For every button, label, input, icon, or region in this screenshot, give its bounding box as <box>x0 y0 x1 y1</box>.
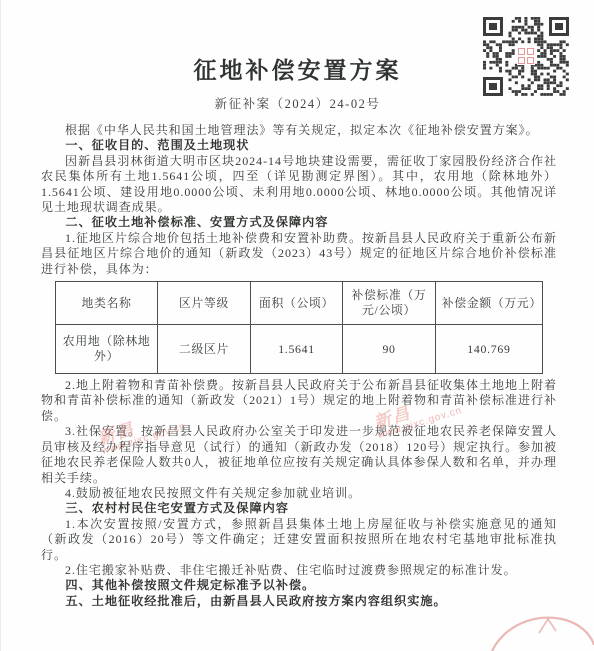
table-cell: 农用地（除林地外） <box>56 325 158 374</box>
section-heading-5: 五、土地征收经批准后，由新昌县人民政府按方案内容组织实施。 <box>41 594 557 609</box>
table-header-cell: 区片等级 <box>158 282 251 325</box>
paragraph-comp-standard: 1.征地区片综合地价包括土地补偿费和安置补助费。按新昌县人民政府关于重新公布新昌… <box>41 231 557 277</box>
paragraph-scope: 因新昌县羽林街道大明市区块2024-14号地块建设需要，需征收丁家园股份经济合作… <box>41 154 557 216</box>
section-heading-4: 四、其他补偿按照文件规定标准予以补偿。 <box>41 578 557 593</box>
table-header-cell: 面积（公顷） <box>250 282 343 325</box>
table-body: 农用地（除林地外）二级区片1.564190140.769 <box>56 325 543 374</box>
section-heading-1: 一、征收目的、范围及土地现状 <box>41 138 557 153</box>
table-cell: 90 <box>343 325 436 374</box>
qr-center-mark <box>517 47 535 65</box>
table-header-cell: 补偿金额（万元） <box>435 282 542 325</box>
doc-number: 新征补案（2024）24-02号 <box>1 94 594 112</box>
section-heading-2: 二、征收土地补偿标准、安置方式及保障内容 <box>41 215 557 230</box>
section-heading-3: 三、农村村民住宅安置方式及保障内容 <box>41 501 557 516</box>
paragraph-training: 4.鼓励被征地农民按照文件有关规定参加就业培训。 <box>41 486 557 501</box>
table-header-cell: 补偿标准（万元/公顷） <box>343 282 436 325</box>
paragraph-attachments: 2.地上附着物和青苗补偿费。按新昌县人民政府关于公布新昌县征收集体土地地上附着物… <box>41 378 557 424</box>
compensation-table: 地类名称区片等级面积（公顷）补偿标准（万元/公顷）补偿金额（万元） 农用地（除林… <box>55 281 543 374</box>
document-page: 征地补偿安置方案 新征补案（2024）24-02号 根据《中华人民共和国土地管理… <box>0 0 594 651</box>
document-body: 根据《中华人民共和国土地管理法》等有关规定，拟定本次《征地补偿安置方案》。一、征… <box>41 123 557 609</box>
paragraph-basis: 根据《中华人民共和国土地管理法》等有关规定，拟定本次《征地补偿安置方案》。 <box>41 123 557 138</box>
table-cell: 140.769 <box>435 325 542 374</box>
table-header-row: 地类名称区片等级面积（公顷）补偿标准（万元/公顷）补偿金额（万元） <box>56 282 543 325</box>
paragraph-housing: 1.本次安置按照/安置方式，参照新昌县集体土地上房屋征收与补偿实施意见的通知（新… <box>41 517 557 563</box>
paragraph-social-security: 3.社保安置。按新昌县人民政府办公室关于印发进一步规范被征地农民养老保障安置人员… <box>41 424 557 486</box>
table-row: 农用地（除林地外）二级区片1.564190140.769 <box>56 325 543 374</box>
table-cell: 1.5641 <box>250 325 343 374</box>
paragraph-moving-subsidy: 2.住宅搬家补贴费、非住宅搬迁补贴费、住宅临时过渡费参照规定的标准计发。 <box>41 563 557 578</box>
qr-code <box>483 17 569 96</box>
table-cell: 二级区片 <box>158 325 251 374</box>
paragraphs-before-table: 根据《中华人民共和国土地管理法》等有关规定，拟定本次《征地补偿安置方案》。一、征… <box>41 123 557 277</box>
table-header-cell: 地类名称 <box>56 282 158 325</box>
paragraphs-after-table: 2.地上附着物和青苗补偿费。按新昌县人民政府关于公布新昌县征收集体土地地上附着物… <box>41 378 557 609</box>
